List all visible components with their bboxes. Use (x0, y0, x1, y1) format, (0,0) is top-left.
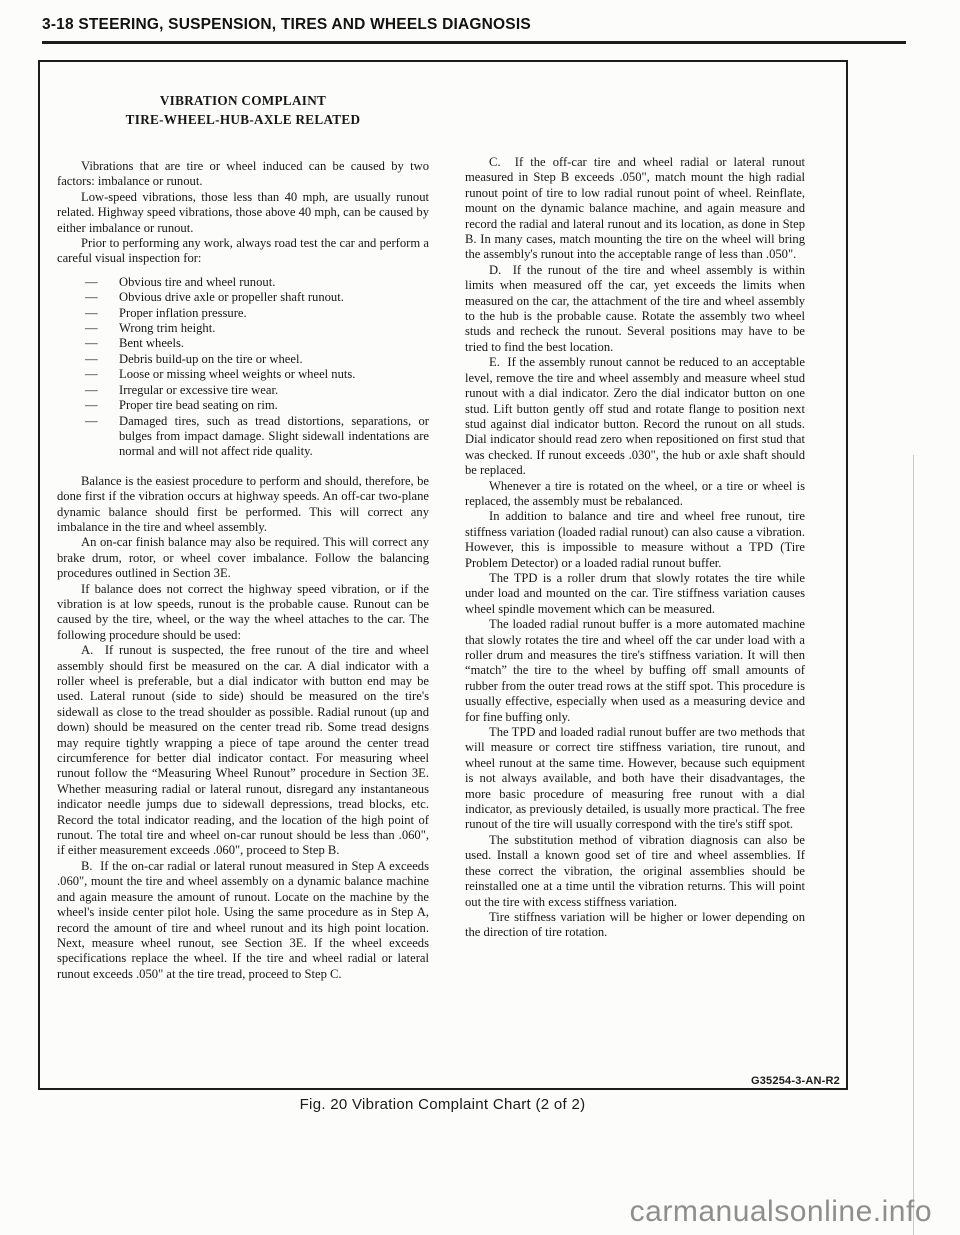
doc-title-line1: VIBRATION COMPLAINT (57, 92, 429, 109)
checklist-item: —Proper inflation pressure. (57, 306, 429, 321)
dash-marker: — (85, 290, 119, 305)
body-paragraph: The loaded radial runout buffer is a mor… (465, 617, 805, 725)
intro-paragraph: Low-speed vibrations, those less than 40… (57, 190, 429, 236)
step-e-paragraph: E. If the assembly runout cannot be redu… (465, 355, 805, 478)
checklist-item: —Loose or missing wheel weights or wheel… (57, 367, 429, 382)
step-b-paragraph: B. If the on-car radial or lateral runou… (57, 859, 429, 982)
body-paragraph: Balance is the easiest procedure to perf… (57, 474, 429, 536)
body-paragraph: The TPD is a roller drum that slowly rot… (465, 571, 805, 617)
checklist-item: —Obvious tire and wheel runout. (57, 275, 429, 290)
checklist-item: —Obvious drive axle or propeller shaft r… (57, 290, 429, 305)
body-paragraph: The TPD and loaded radial runout buffer … (465, 725, 805, 833)
watermark-text: carmanualsonline.info (630, 1195, 932, 1229)
doc-title-line2: TIRE-WHEEL-HUB-AXLE RELATED (57, 111, 429, 128)
body-paragraph: Whenever a tire is rotated on the wheel,… (465, 479, 805, 510)
checklist-item: —Debris build-up on the tire or wheel. (57, 352, 429, 367)
body-paragraph: In addition to balance and tire and whee… (465, 509, 805, 571)
dash-marker: — (85, 336, 119, 351)
intro-paragraph: Prior to performing any work, always roa… (57, 236, 429, 267)
page-header: 3-18 STEERING, SUSPENSION, TIRES AND WHE… (42, 16, 906, 44)
checklist-item: —Wrong trim height. (57, 321, 429, 336)
dash-marker: — (85, 383, 119, 398)
checklist-item: —Damaged tires, such as tread distortion… (57, 414, 429, 460)
dash-marker: — (85, 367, 119, 382)
dash-marker: — (85, 275, 119, 290)
figure-reference-code: G35254-3-AN-R2 (751, 1075, 840, 1087)
right-column: C. If the off-car tire and wheel radial … (465, 155, 805, 982)
figure-caption: Fig. 20 Vibration Complaint Chart (2 of … (38, 1096, 847, 1113)
dash-marker: — (85, 321, 119, 336)
checklist-item: —Proper tire bead seating on rim. (57, 398, 429, 413)
inspection-checklist: —Obvious tire and wheel runout. —Obvious… (57, 275, 429, 460)
dash-marker: — (85, 352, 119, 367)
two-column-layout: VIBRATION COMPLAINT TIRE-WHEEL-HUB-AXLE … (57, 90, 820, 982)
checklist-item: —Bent wheels. (57, 336, 429, 351)
body-paragraph: If balance does not correct the highway … (57, 582, 429, 644)
intro-paragraph: Vibrations that are tire or wheel induce… (57, 159, 429, 190)
step-a-paragraph: A. If runout is suspected, the free runo… (57, 643, 429, 859)
scan-edge-line (913, 455, 914, 1235)
step-d-paragraph: D. If the runout of the tire and wheel a… (465, 263, 805, 355)
body-paragraph: The substitution method of vibration dia… (465, 833, 805, 910)
checklist-item: —Irregular or excessive tire wear. (57, 383, 429, 398)
step-c-paragraph: C. If the off-car tire and wheel radial … (465, 155, 805, 263)
dash-marker: — (85, 414, 119, 460)
manual-page: 3-18 STEERING, SUSPENSION, TIRES AND WHE… (0, 0, 960, 1235)
vibration-complaint-chart-box: VIBRATION COMPLAINT TIRE-WHEEL-HUB-AXLE … (38, 60, 848, 1090)
dash-marker: — (85, 306, 119, 321)
body-paragraph: Tire stiffness variation will be higher … (465, 910, 805, 941)
body-paragraph: An on-car finish balance may also be req… (57, 535, 429, 581)
dash-marker: — (85, 398, 119, 413)
left-column: VIBRATION COMPLAINT TIRE-WHEEL-HUB-AXLE … (57, 90, 429, 982)
